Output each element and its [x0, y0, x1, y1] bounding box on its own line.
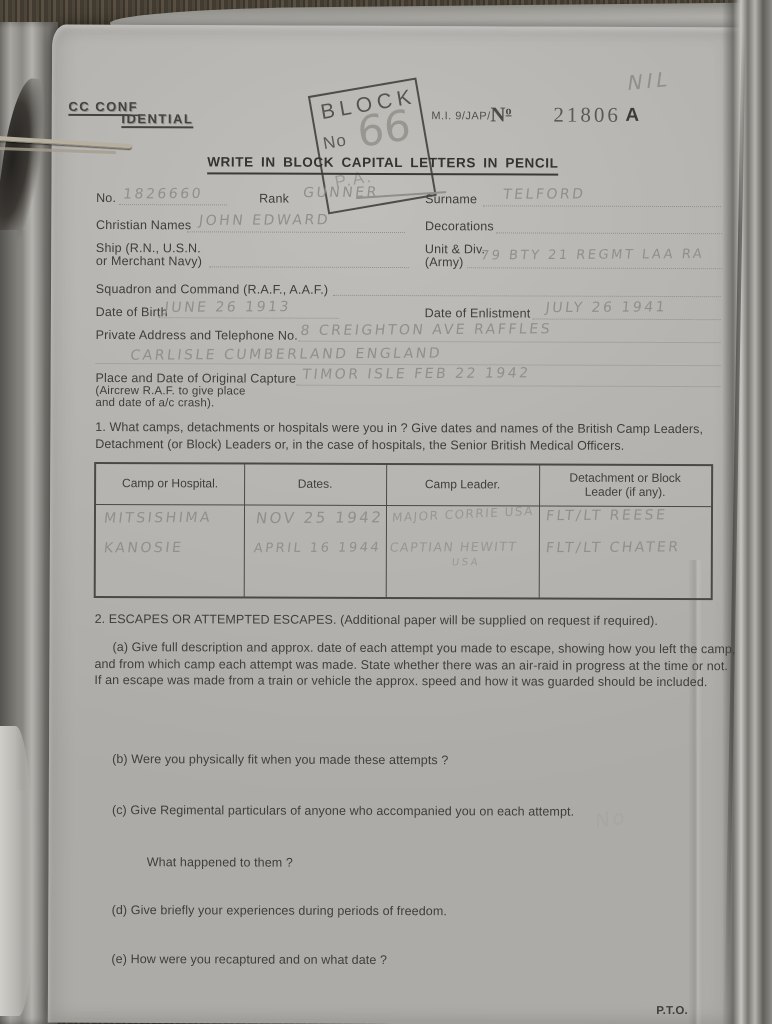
rank-value: GUNNER	[302, 185, 380, 202]
table-row1-leader: MAJOR CORRIE USA	[392, 504, 535, 525]
address-value-line1: 8 CREIGHTON AVE RAFFLES	[300, 321, 553, 339]
decorations-field-line	[496, 232, 722, 234]
table-row1-detachment-leader: FLT/LT REESE	[545, 507, 668, 524]
unit-div-label-line2: (Army)	[425, 255, 464, 269]
header-detachment-leader: Detachment or Block Leader (if any).	[539, 466, 711, 507]
header-camp-leader: Camp Leader.	[386, 465, 539, 506]
table-row1-camp: MITSISHIMA	[103, 510, 213, 527]
no-field-line	[119, 204, 227, 205]
rank-label: Rank	[259, 192, 289, 206]
capture-label: Place and Date of Original Capture	[95, 371, 296, 386]
capture-note-line2: and date of a/c crash).	[95, 397, 214, 409]
ship-label-line2: or Merchant Navy)	[96, 254, 202, 268]
question-2-heading: 2. ESCAPES OR ATTEMPTED ESCAPES. (Additi…	[95, 611, 735, 630]
table-row2-detachment-leader: FLT/LT CHATER	[545, 539, 682, 556]
question-2c-followup: What happened to them ?	[147, 854, 547, 872]
table-row2-dates: APRIL 16 1944	[253, 540, 382, 556]
camps-table-header-row: Camp or Hospital. Dates. Camp Leader. De…	[96, 464, 711, 507]
serial-suffix: A	[625, 105, 639, 127]
header-dates: Dates.	[244, 465, 386, 505]
christian-names-label: Christian Names	[96, 218, 191, 232]
squadron-label: Squadron and Command (R.A.F., A.A.F.)	[96, 282, 329, 297]
no-value: 1826660	[122, 186, 204, 203]
block-stamp-no: No	[322, 130, 349, 154]
question-2b: (b) Were you physically fit when you mad…	[112, 751, 712, 770]
capture-note-line1: (Aircrew R.A.F. to give place	[95, 385, 245, 398]
christian-names-value: JOHN EDWARD	[198, 212, 331, 229]
header-camp-or-hospital: Camp or Hospital.	[96, 464, 244, 505]
unit-div-value: 79 BTY 21 REGMT LAA RA	[480, 247, 705, 264]
decorations-label: Decorations	[425, 219, 494, 233]
pto-label: P.T.O.	[656, 1005, 688, 1017]
scanned-document: CC CONF IDENTIAL BLOCK No P.A. 66 M.I. 9…	[0, 0, 772, 1024]
surname-label: Surname	[425, 192, 477, 206]
table-divider-3	[539, 466, 541, 598]
question-2e: (e) How were you recaptured and on what …	[111, 951, 711, 970]
table-divider-2	[386, 465, 388, 597]
private-address-label: Private Address and Telephone No.	[96, 328, 298, 343]
form-title: WRITE IN BLOCK CAPITAL LETTERS IN PENCIL	[207, 154, 558, 175]
address-field-line1	[299, 341, 721, 343]
address-value-line2: CARLISLE CUMBERLAND ENGLAND	[129, 346, 443, 364]
no-label: No.	[96, 191, 116, 205]
date-of-enlistment-value: JULY 26 1941	[545, 299, 668, 316]
surname-field-line	[483, 205, 721, 207]
serial-no-label: No	[490, 102, 511, 127]
table-row2-leader-usa: USA	[451, 557, 481, 568]
date-of-enlistment-label: Date of Enlistment	[425, 306, 531, 320]
question-1: 1. What camps, detachments or hospitals …	[95, 419, 723, 454]
ship-field-line	[209, 266, 409, 268]
capture-value: TIMOR ISLE FEB 22 1942	[301, 365, 531, 383]
date-of-birth-value: JUNE 26 1913	[164, 299, 292, 316]
date-of-birth-label: Date of Birth	[96, 305, 168, 319]
table-row2-leader: CAPTIAN HEWITT	[389, 539, 518, 555]
squadron-field-line	[333, 295, 721, 297]
nil-annotation: NIL	[626, 66, 673, 95]
table-row1-dates: NOV 25 1942	[255, 508, 385, 527]
confidential-stamp-part2: IDENTIAL	[121, 111, 193, 128]
date-of-birth-field-line	[159, 317, 339, 319]
christian-names-field-line	[187, 231, 405, 233]
question-2a: (a) Give full description and approx. da…	[94, 639, 736, 691]
camps-table: Camp or Hospital. Dates. Camp Leader. De…	[94, 462, 713, 600]
unit-div-field-line	[467, 267, 722, 269]
table-row2-camp: KANOSIE	[103, 540, 184, 557]
capture-field-line	[296, 385, 720, 387]
page-content: CC CONF IDENTIAL BLOCK No P.A. 66 M.I. 9…	[0, 0, 772, 1024]
serial-number: 21806	[553, 103, 621, 128]
table-divider-1	[244, 465, 246, 597]
surname-value: TELFORD	[502, 186, 586, 203]
mi9-jap-label: M.I. 9/JAP/	[431, 110, 490, 122]
faint-no-annotation: No	[595, 804, 627, 834]
date-of-enlistment-field-line	[533, 319, 721, 321]
question-2d: (d) Give briefly your experiences during…	[112, 902, 712, 921]
block-number-handwritten: 66	[356, 100, 413, 157]
